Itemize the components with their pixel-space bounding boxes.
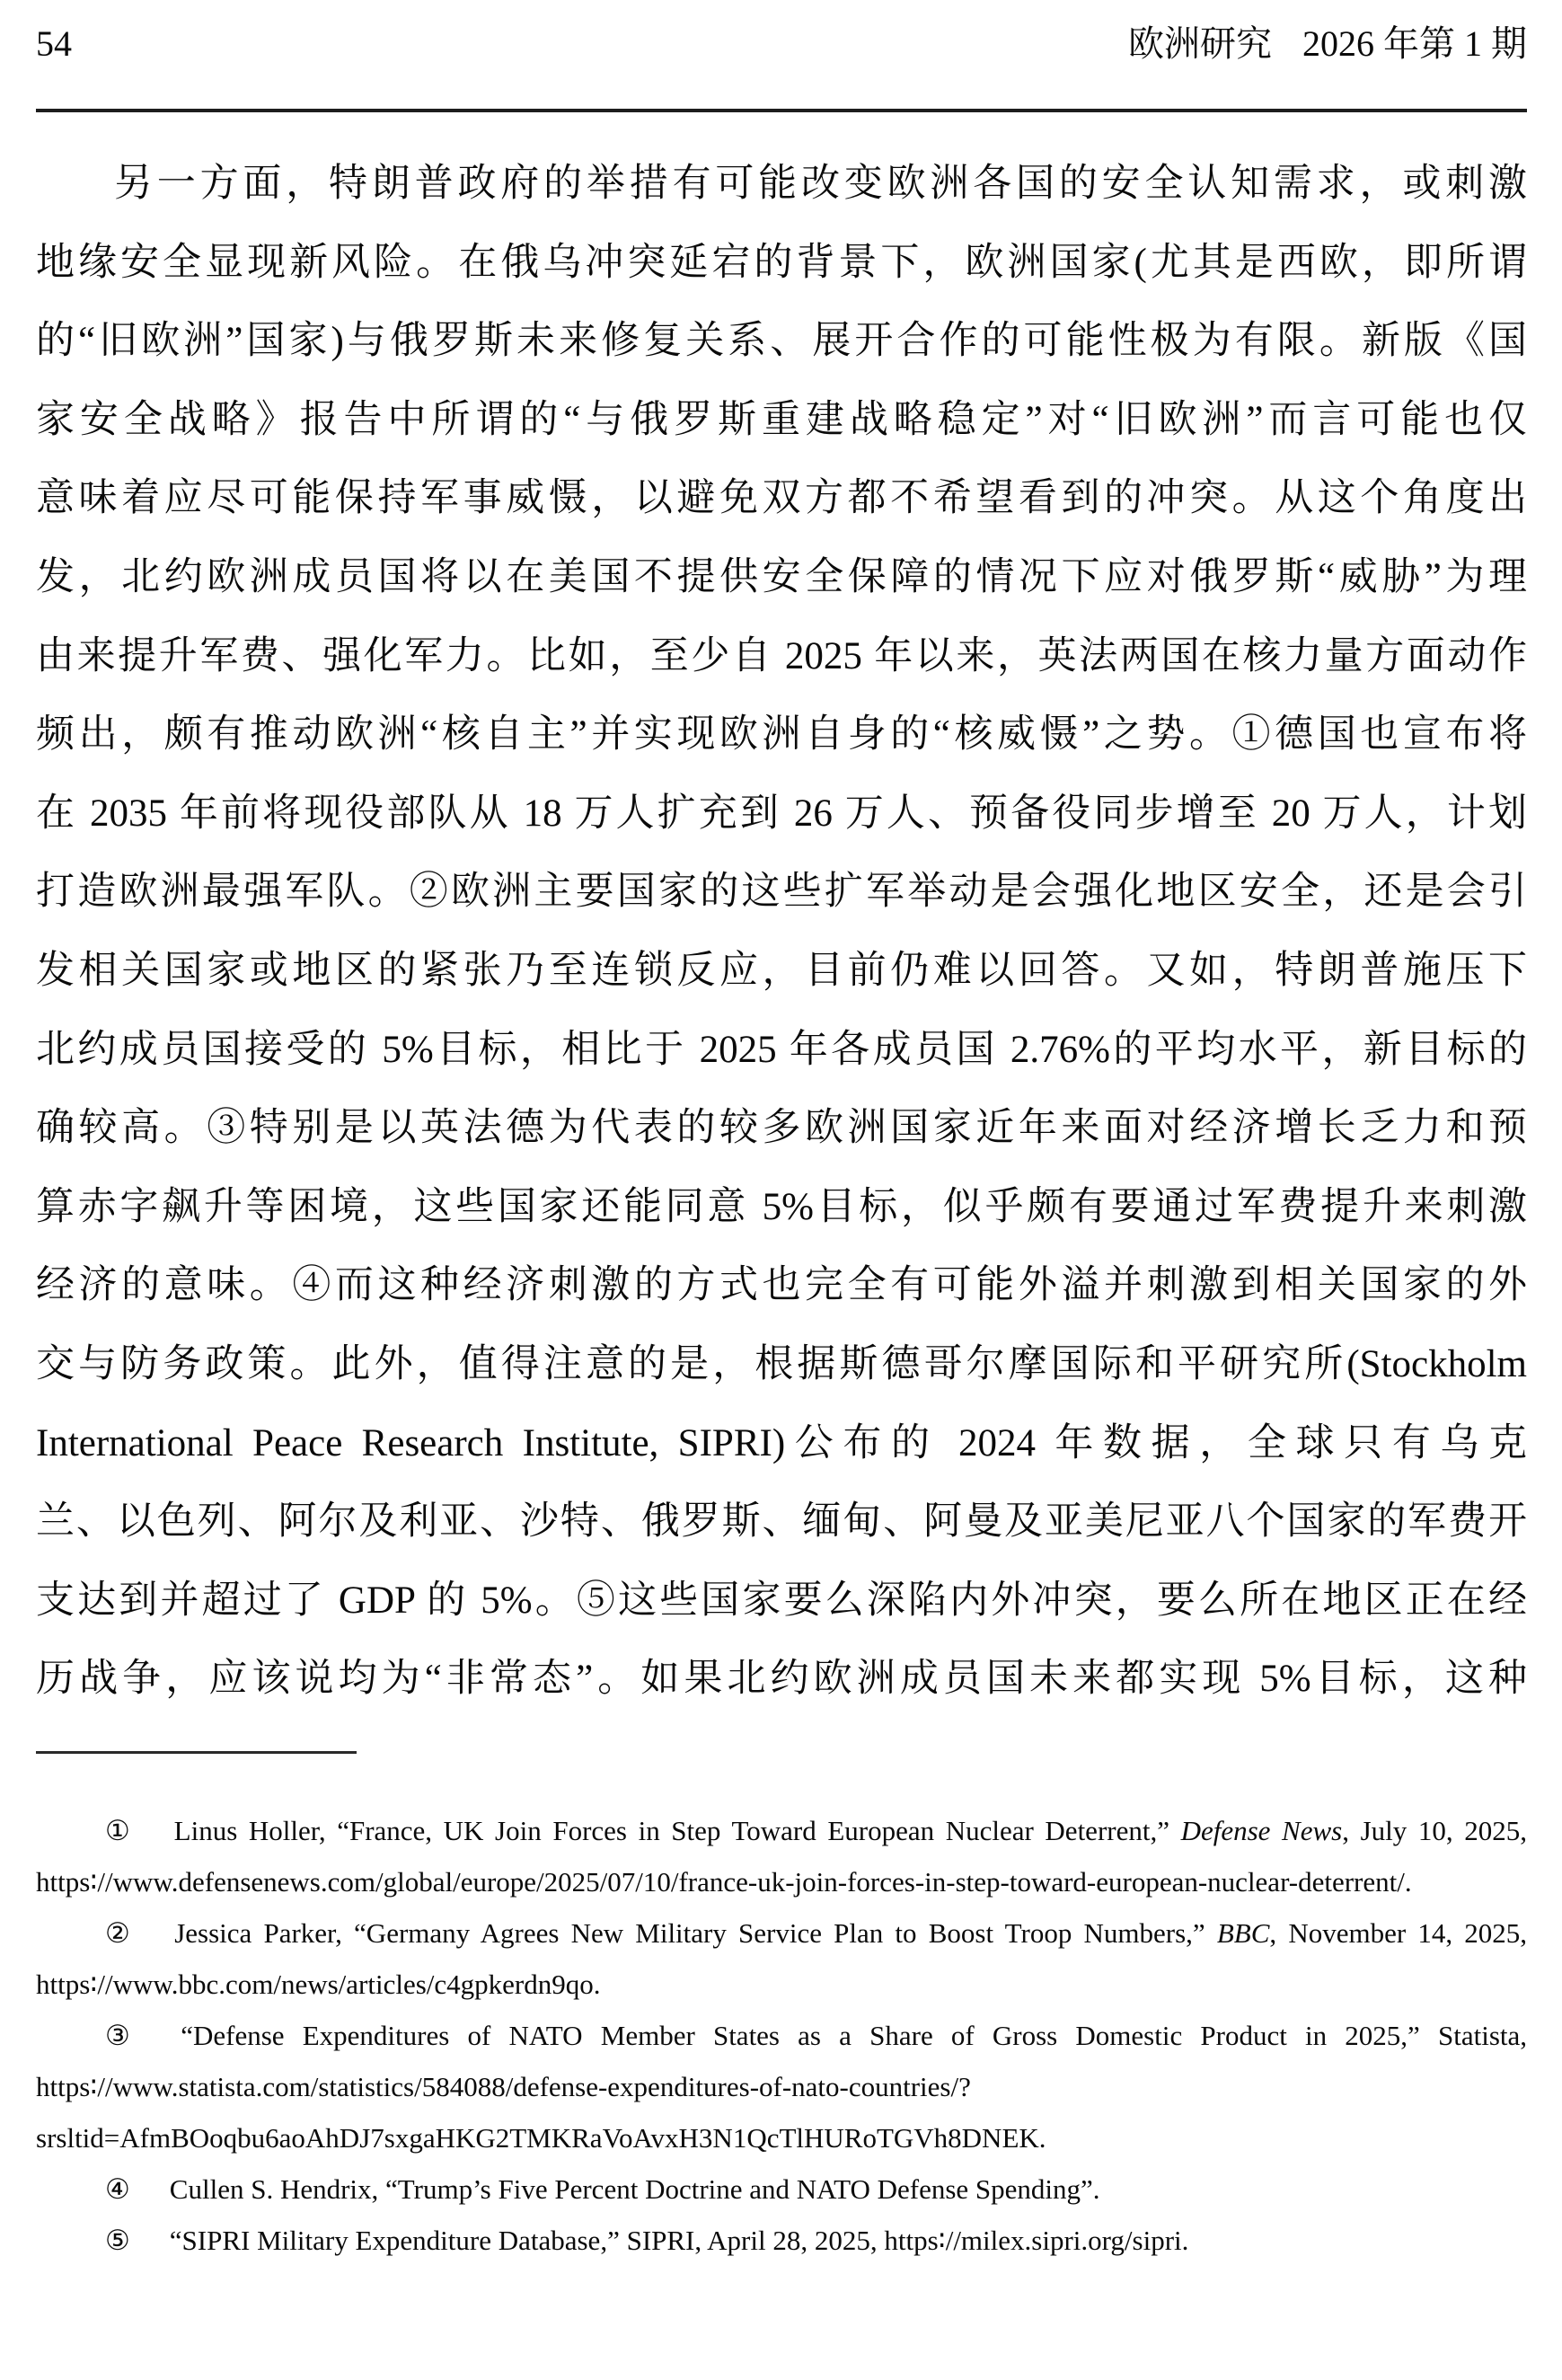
journal-info: 欧洲研究2026 年第 1 期 — [1128, 24, 1527, 64]
body-paragraph: 另一方面，特朗普政府的举措有可能改变欧洲各国的安全认知需求，或刺激 地缘安全显现… — [36, 145, 1527, 1719]
footnote-3: ③“Defense Expenditures of NATO Member St… — [36, 2010, 1527, 2163]
footnote-separator-rule — [36, 1751, 357, 1754]
footnote-1-source: Defense News — [1181, 1815, 1343, 1846]
footnote-2: ②Jessica Parker, “Germany Agrees New Mil… — [36, 1907, 1527, 2010]
body-line: 家安全战略》报告中所谓的“与俄罗斯重建战略稳定”对“旧欧洲”而言可能也仅 — [36, 381, 1527, 460]
body-line: 频出，颇有推动欧洲“核自主”并实现欧洲自身的“核威慑”之势。①德国也宣布将 — [36, 695, 1527, 774]
footnote-3-marker: ③ — [105, 2020, 141, 2051]
footnote-1-text: Linus Holler, “France, UK Join Forces in… — [174, 1815, 1181, 1846]
footnote-5: ⑤“SIPRI Military Expenditure Database,” … — [36, 2215, 1527, 2266]
body-line: 意味着应尽可能保持军事威慑，以避免双方都不希望看到的冲突。从这个角度出 — [36, 459, 1527, 538]
body-line: 交与防务政策。此外，值得注意的是，根据斯德哥尔摩国际和平研究所(Stockhol… — [36, 1325, 1527, 1404]
header-rule — [36, 109, 1527, 112]
footnote-2-source: BBC — [1217, 1917, 1270, 1949]
footnote-4-text: Cullen S. Hendrix, “Trump’s Five Percent… — [170, 2173, 1100, 2205]
page-number: 54 — [36, 24, 72, 64]
body-line: 经济的意味。④而这种经济刺激的方式也完全有可能外溢并刺激到相关国家的外 — [36, 1246, 1527, 1325]
body-line: 打造欧洲最强军队。②欧洲主要国家的这些扩军举动是会强化地区安全，还是会引 — [36, 853, 1527, 932]
journal-page: 54 欧洲研究2026 年第 1 期 另一方面，特朗普政府的举措有可能改变欧洲各… — [0, 0, 1562, 2380]
body-line: 算赤字飙升等困境，这些国家还能同意 5%目标，似乎颇有要通过军费提升来刺激 — [36, 1168, 1527, 1247]
body-line: 的“旧欧洲”国家)与俄罗斯未来修复关系、展开合作的可能性极为有限。新版《国 — [36, 302, 1527, 381]
footnote-1-marker: ① — [105, 1815, 135, 1846]
footnote-2-marker: ② — [105, 1917, 135, 1949]
footnote-2-text: Jessica Parker, “Germany Agrees New Mili… — [174, 1917, 1217, 1949]
body-line: International Peace Research Institute, … — [36, 1404, 1527, 1483]
issue-label: 2026 年第 1 期 — [1302, 24, 1527, 64]
body-line: 历战争，应该说均为“非常态”。如果北约欧洲成员国未来都实现 5%目标，这种 — [36, 1640, 1527, 1719]
footnotes-block: ①Linus Holler, “France, UK Join Forces i… — [36, 1805, 1527, 2266]
body-line: 由来提升军费、强化军力。比如，至少自 2025 年以来，英法两国在核力量方面动作 — [36, 617, 1527, 696]
body-line: 另一方面，特朗普政府的举措有可能改变欧洲各国的安全认知需求，或刺激 — [36, 145, 1527, 224]
body-line: 发，北约欧洲成员国将以在美国不提供安全保障的情况下应对俄罗斯“威胁”为理 — [36, 538, 1527, 617]
footnote-4: ④Cullen S. Hendrix, “Trump’s Five Percen… — [36, 2163, 1527, 2215]
body-line: 发相关国家或地区的紧张乃至连锁反应，目前仍难以回答。又如，特朗普施压下 — [36, 932, 1527, 1011]
journal-title: 欧洲研究 — [1128, 24, 1272, 64]
running-head: 54 欧洲研究2026 年第 1 期 — [36, 0, 1527, 64]
body-line: 北约成员国接受的 5%目标，相比于 2025 年各成员国 2.76%的平均水平，… — [36, 1011, 1527, 1090]
footnote-1: ①Linus Holler, “France, UK Join Forces i… — [36, 1805, 1527, 1907]
body-line: 支达到并超过了 GDP 的 5%。⑤这些国家要么深陷内外冲突，要么所在地区正在经 — [36, 1562, 1527, 1641]
body-line: 兰、以色列、阿尔及利亚、沙特、俄罗斯、缅甸、阿曼及亚美尼亚八个国家的军费开 — [36, 1482, 1527, 1562]
footnote-5-text: “SIPRI Military Expenditure Database,” S… — [170, 2225, 1189, 2256]
footnote-5-marker: ⑤ — [105, 2225, 130, 2256]
footnote-3-text: “Defense Expenditures of NATO Member Sta… — [36, 2020, 1527, 2154]
body-line: 地缘安全显现新风险。在俄乌冲突延宕的背景下，欧洲国家(尤其是西欧，即所谓 — [36, 224, 1527, 303]
body-line: 在 2035 年前将现役部队从 18 万人扩充到 26 万人、预备役同步增至 2… — [36, 774, 1527, 854]
footnote-4-marker: ④ — [105, 2173, 130, 2205]
body-line: 确较高。③特别是以英法德为代表的较多欧洲国家近年来面对经济增长乏力和预 — [36, 1089, 1527, 1168]
